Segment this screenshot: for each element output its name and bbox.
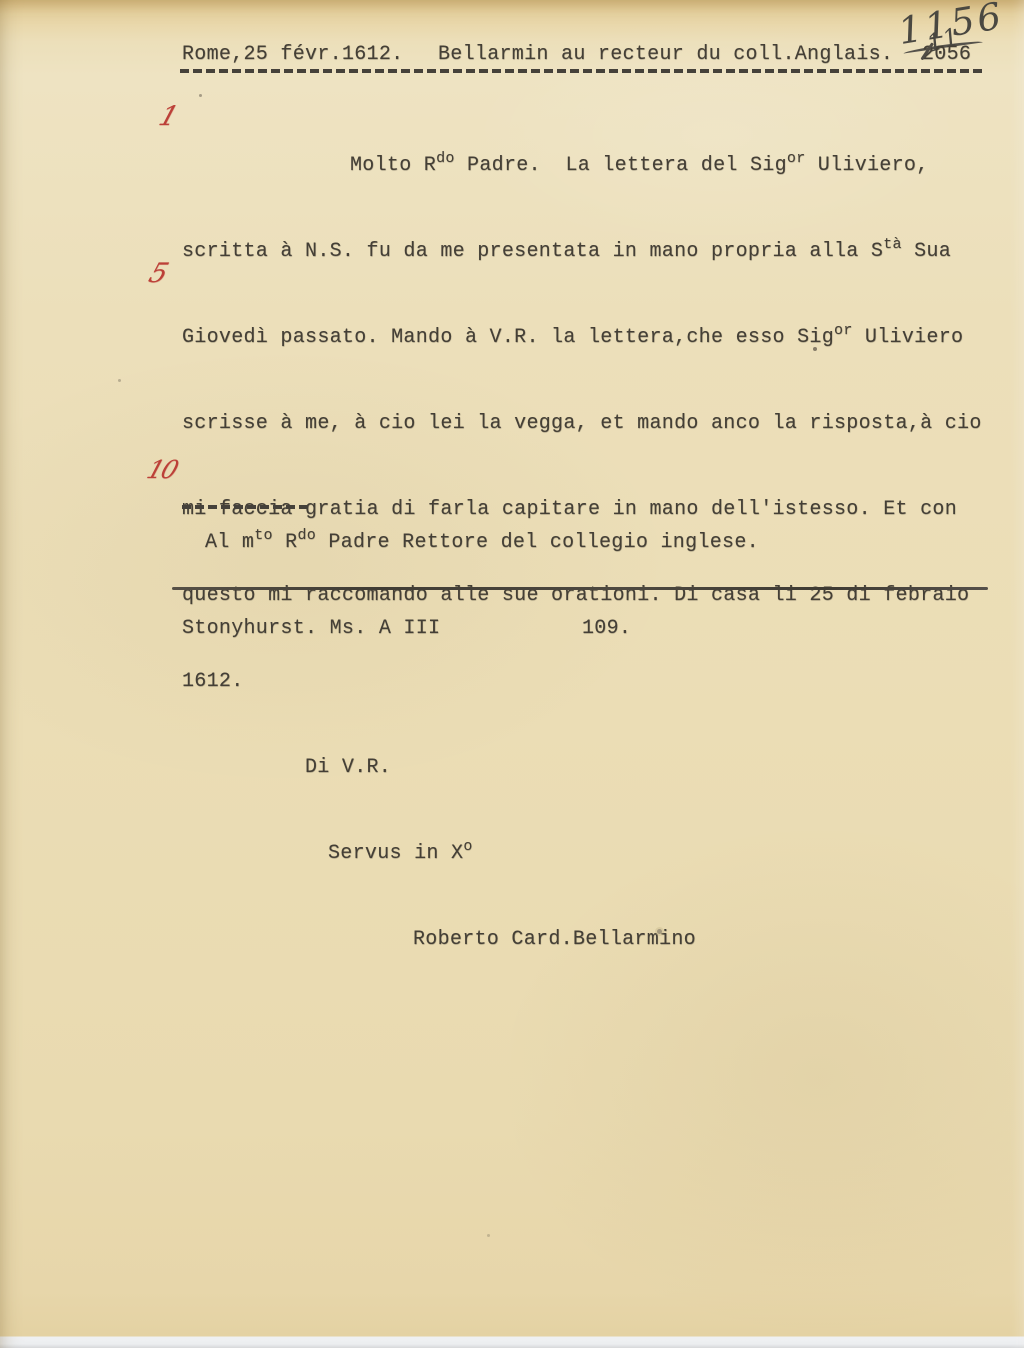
- margin-line-number-1: 1: [155, 101, 182, 132]
- signature-dashed-rule: [182, 505, 312, 509]
- address-line: Al mto Rdo Padre Rettore del collegio in…: [205, 528, 759, 558]
- letter-line-7: 1612.: [182, 662, 1012, 702]
- letter-line-9: Servus in Xo: [182, 834, 1012, 874]
- footer-rule: [172, 587, 988, 590]
- letter-line-1: Molto Rdo Padre. La lettera del Sigor Ul…: [182, 146, 1012, 186]
- letter-line-4: scrisse à me, à cio lei la vegga, et man…: [182, 404, 1012, 444]
- header-date: Rome,25 févr.1612.: [182, 43, 403, 66]
- paper-speck: [199, 94, 202, 97]
- paper-speck: [118, 379, 121, 382]
- manuscript-page: 1156 11 Rome,25 févr.1612. Bellarmin au …: [0, 0, 1024, 1348]
- paper-speck: [487, 1234, 490, 1237]
- paper-speck: [813, 347, 817, 351]
- letter-line-5: mi faccia gratia di farla capitare in ma…: [182, 490, 1012, 530]
- letter-line-10-signature: Roberto Card.Bellarmino: [182, 920, 1012, 960]
- archive-reference: Stonyhurst. Ms. A III: [182, 617, 440, 640]
- letter-line-2: scritta à N.S. fu da me presentata in ma…: [182, 232, 1012, 272]
- letter-line-8: Di V.R.: [182, 748, 1012, 788]
- header-dashed-rule: [180, 69, 986, 73]
- letter-line-3: Giovedì passato. Mando à V.R. la lettera…: [182, 318, 1012, 358]
- margin-line-number-5: 5: [145, 258, 172, 289]
- letter-line-6: questo mi raccomando alle sue orationi. …: [182, 576, 1012, 616]
- paper-speck: [657, 929, 662, 934]
- header-title: Bellarmin au recteur du coll.Anglais.: [438, 43, 893, 66]
- margin-line-number-10: 10: [143, 455, 180, 484]
- page-number: 109.: [582, 617, 631, 640]
